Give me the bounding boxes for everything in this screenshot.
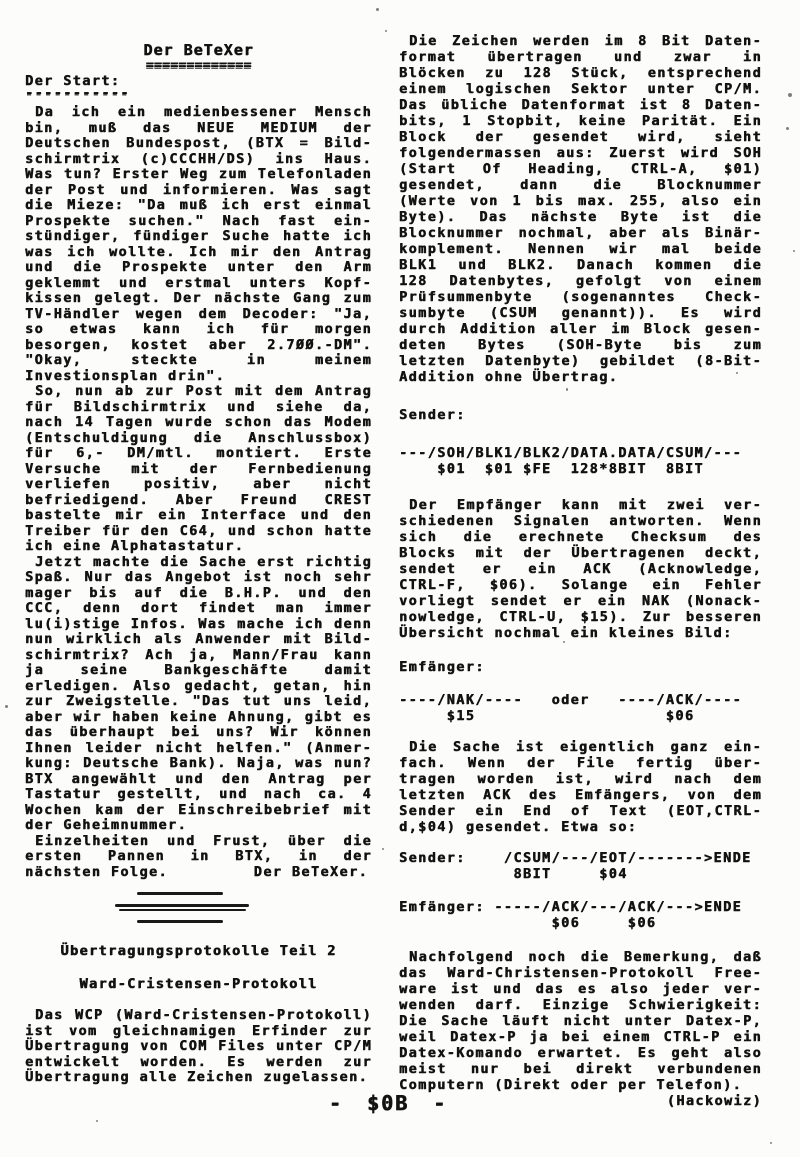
scan-speck (786, 127, 789, 130)
text-line: schirmtrix? Ach ja, Mann/Frau kann (25, 648, 372, 664)
diagram-line: Sender: /CSUM/---/EOT/------->ENDE (399, 850, 762, 866)
text-line: CTRL-F, $06). Solange ein Fehler (399, 577, 762, 593)
text-line: nun wirklich als Anwender mit Bild- (25, 632, 372, 648)
text-line: BTX angewählt und den Antrag per (25, 772, 372, 788)
scan-speck (566, 388, 568, 391)
text-line: Sender ein End of Text (EOT,CTRL- (399, 803, 762, 819)
newsletter-title: Der BeTeXer (25, 43, 372, 57)
article-freeware-remark: Nachfolgend noch die Bemerkung, daßdas W… (399, 949, 762, 1109)
eot-diagram: Sender: /CSUM/---/EOT/------->ENDE 8BIT … (399, 850, 762, 882)
text-line: Prüfsummenbyte (sogenanntes Check- (399, 289, 762, 305)
text-line: Addition ohne Übertrag. (399, 369, 762, 385)
diagram-line: $01 $01 $FE 128*8BIT 8BIT (399, 461, 762, 477)
text-line: entwickelt worden. Es werden zur (25, 1055, 372, 1071)
diagram-line: $15 $06 (399, 708, 762, 724)
title-underline: ============= (25, 60, 372, 70)
text-line: komplement. Nennen wir mal beide (399, 241, 762, 257)
text-line: Die Sache läuft nicht unter Datex-P, (399, 1013, 762, 1029)
text-line: Deutschen Bundespost, (BTX = Bild- (25, 136, 372, 152)
text-line: letzten ACK des Emfängers, von dem (399, 787, 762, 803)
text-line: schiedenen Signalen antworten. Wenn (399, 513, 762, 529)
text-line: ware ist und das es also jeder ver- (399, 981, 762, 997)
text-line: Da ich ein medienbessener Mensch (25, 105, 372, 121)
text-line: Das WCP (Ward-Cristensen-Protokoll) (25, 1008, 372, 1024)
text-line: erledigen. Also gedacht, getan, hin (25, 679, 372, 695)
article-wcp-intro: Das WCP (Ward-Cristensen-Protokoll)ist v… (25, 1008, 372, 1086)
text-line: der Geheimnummer. (25, 818, 372, 834)
text-line: ja seine Bankgeschäfte damit (25, 663, 372, 679)
left-column: Der BeTeXer ============= Der Start: ---… (25, 43, 372, 1086)
text-line: Übersicht nochmal ein kleines Bild: (399, 625, 762, 641)
text-line: das Ward-Christensen-Protokoll Free- (399, 965, 762, 981)
text-line: das überhaupt bei uns? Wir können (25, 725, 372, 741)
ack-ende-diagram: Emfänger: -----/ACK/---/ACK/--->ENDE $06… (399, 899, 762, 931)
text-line: "Okay, steckte in meinem (25, 353, 372, 369)
text-line: Versuche mit der Fernbedienung (25, 462, 372, 478)
text-line: bin, muß das NEUE MEDIUM der (25, 121, 372, 137)
text-line: weil Datex-P ja bei einem CTRL-P ein (399, 1029, 762, 1045)
text-line: BLK1 und BLK2. Danach kommen die (399, 257, 762, 273)
text-line: Übertragung alle Zeichen zugelassen. (25, 1070, 372, 1086)
text-line: Treiber für den C64, und schon hatte (25, 524, 372, 540)
article-empfaenger-signale: Der Empfänger kann mit zwei ver-schieden… (399, 497, 762, 641)
text-line: bits, 1 Stopbit, keine Parität. Ein (399, 113, 762, 129)
text-line: Ihnen leider nicht helfen." (Anmer- (25, 741, 372, 757)
text-line: d,$04) gesendet. Etwa so: (399, 819, 762, 835)
scanned-newsletter-page: Der BeTeXer ============= Der Start: ---… (0, 0, 800, 1157)
text-line: lu(i)stige Infos. Was mache ich denn (25, 617, 372, 633)
text-line: So, nun ab zur Post mit dem Antrag (25, 384, 372, 400)
text-line: so etwas kann ich für morgen (25, 322, 372, 338)
article-btx-story: Da ich ein medienbessener Menschbin, muß… (25, 105, 372, 880)
text-line: Nachfolgend noch die Bemerkung, daß (399, 949, 762, 965)
text-line: mager bis auf die B.H.P. und den (25, 586, 372, 602)
text-line: Die Sache ist eigentlich ganz ein- (399, 739, 762, 755)
sender-block-diagram: ---/SOH/BLK1/BLK2/DATA.DATA/CSUM/--- $01… (399, 445, 762, 477)
nak-ack-diagram: ----/NAK/---- oder ----/ACK/---- $15 $06 (399, 692, 762, 724)
text-line: durch Addition aller im Block gesen- (399, 321, 762, 337)
text-line: Byte). Das nächste Byte ist die (399, 209, 762, 225)
text-line: für 6,- DM/mtl. montiert. Erste (25, 446, 372, 462)
text-line: ist vom gleichnamigen Erfinder zur (25, 1024, 372, 1040)
divider-bar (119, 909, 246, 911)
text-line: 128 Datenbytes, gefolgt von einem (399, 273, 762, 289)
heading-uebertragungsprotokolle: Übertragungsprotokolle Teil 2 (25, 944, 372, 959)
text-line: was ich wollte. Ich mir den Antrag (25, 245, 372, 261)
section-divider (25, 892, 372, 932)
diagram-line: ----/NAK/---- oder ----/ACK/---- (399, 692, 762, 708)
text-line: Blocks mit der Übertragenen deckt, (399, 545, 762, 561)
scan-speck (376, 8, 379, 11)
right-column: Die Zeichen werden im 8 Bit Daten-format… (399, 33, 762, 1109)
text-line: Übertragung von COM Files unter CP/M (25, 1039, 372, 1055)
text-line: Tastatur gestellt, und nach ca. 4 (25, 787, 372, 803)
text-line: CCC, denn dort findet man immer (25, 601, 372, 617)
section-heading-underline: ----------- (25, 89, 372, 97)
text-line: besorgen, kostet aber 2.7ØØ.-DM". (25, 338, 372, 354)
text-line: Prospekte suchen." Nach fast ein- (25, 214, 372, 230)
text-line: format übertragen und zwar in (399, 49, 762, 65)
divider-bar (137, 892, 223, 895)
text-line: ich eine Alphatastatur. (25, 539, 372, 555)
text-line: sendet er ein ACK (Acknowledge, (399, 561, 762, 577)
text-line: aber wir haben keine Ahnung, gibt es (25, 710, 372, 726)
diagram-line: 8BIT $04 (399, 866, 762, 882)
text-line: (Werte von 1 bis max. 255, also ein (399, 193, 762, 209)
scan-speck (793, 250, 795, 252)
text-line: befriedigend. Aber Freund CREST (25, 493, 372, 509)
heading-ward-cristensen-protokoll: Ward-Cristensen-Protokoll (25, 977, 372, 992)
text-line: Blocknummer nochmal, aber als Binär- (399, 225, 762, 241)
text-line: wenden darf. Einzige Schwierigkeit: (399, 997, 762, 1013)
text-line: deten Bytes (SOH-Byte bis zum (399, 337, 762, 353)
text-line: Investionsplan drin". (25, 369, 372, 385)
page-number: - $0B - (0, 1091, 776, 1115)
text-line: Wochen kam der Einschreibebrief mit (25, 803, 372, 819)
article-end-of-text: Die Sache ist eigentlich ganz ein-fach. … (399, 739, 762, 835)
text-line: Block der gesendet wird, sieht (399, 129, 762, 145)
text-line: gesendet, dann die Blocknummer (399, 177, 762, 193)
scan-speck (5, 705, 8, 708)
text-line: (Entschuldigung die Anschlussbox) (25, 431, 372, 447)
text-line: Blöcken zu 128 Stück, entsprechend (399, 65, 762, 81)
text-line: die Mieze: "Da muß ich erst einmal (25, 198, 372, 214)
text-line: verliefen positiv, aber nicht (25, 477, 372, 493)
text-line: nach 14 Tagen wurde schon das Modem (25, 415, 372, 431)
text-line: Die Zeichen werden im 8 Bit Daten- (399, 33, 762, 49)
text-line: einem logischen Sektor unter CP/M. (399, 81, 762, 97)
scan-speck (96, 1120, 98, 1122)
diagram-line: $06 $06 (399, 915, 762, 931)
receiver-label: Emfänger: (399, 659, 762, 675)
text-line: kissen gelegt. Der nächste Gang zum (25, 291, 372, 307)
sender-label: Sender: (399, 407, 762, 423)
text-line: ersten Pannen in BTX, in der (25, 849, 372, 865)
text-line: nowledge, CTRL-U, $15). Zur besseren (399, 609, 762, 625)
text-line: (Start Of Heading, CTRL-A, $01) (399, 161, 762, 177)
text-line: folgendermassen aus: Zuerst wird SOH (399, 145, 762, 161)
text-line: für Bildschirmtrix und siehe da, (25, 400, 372, 416)
text-line: Spaß. Nur das Angebot ist noch sehr (25, 570, 372, 586)
text-line: Das übliche Datenformat ist 8 Daten- (399, 97, 762, 113)
diagram-line: Emfänger: -----/ACK/---/ACK/--->ENDE (399, 899, 762, 915)
scan-speck (382, 848, 384, 850)
divider-bar (137, 920, 223, 923)
text-line: stündiger, fündiger Suche hatte ich (25, 229, 372, 245)
text-line: letzten Datenbyte) gebildet (8-Bit- (399, 353, 762, 369)
text-line: meist nur bei direkt verbundenen (399, 1061, 762, 1077)
scan-speck (563, 641, 565, 643)
text-line: sumbyte (CSUM genannt)). Es wird (399, 305, 762, 321)
scan-speck (788, 93, 792, 97)
text-line: sich die erechnete Checksum des (399, 529, 762, 545)
scan-speck (736, 372, 738, 374)
text-line: Datex-Komando erwartet. Es geht also (399, 1045, 762, 1061)
scan-speck (385, 30, 387, 32)
text-line: kung: Deutsche Bank). Naja, was nun? (25, 756, 372, 772)
text-line: und die Prospekte unter den Arm (25, 260, 372, 276)
scan-speck (770, 1142, 772, 1144)
text-line: Jetzt machte die Sache erst richtig (25, 555, 372, 571)
text-line: bastelte mir ein Interface und den (25, 508, 372, 524)
text-line: Was tun? Erster Weg zum Telefonladen (25, 167, 372, 183)
text-line: tragen worden ist, wird nach dem (399, 771, 762, 787)
text-line: Einzelheiten und Frust, über die (25, 834, 372, 850)
diagram-line: ---/SOH/BLK1/BLK2/DATA.DATA/CSUM/--- (399, 445, 762, 461)
text-line: TV-Händler wegen dem Decoder: "Ja, (25, 307, 372, 323)
text-line: geklemmt und erstmal unters Kopf- (25, 276, 372, 292)
text-line: nächsten Folge. Der BeTeXer. (25, 865, 372, 881)
text-line: schirmtrix (c)CCCHH/DS) ins Haus. (25, 152, 372, 168)
text-line: der Post und informieren. Was sagt (25, 183, 372, 199)
text-line: zur Zweigstelle. "Das tut uns leid, (25, 694, 372, 710)
text-line: fach. Wenn der File fertig über- (399, 755, 762, 771)
text-line: Der Empfänger kann mit zwei ver- (399, 497, 762, 513)
article-blockformat: Die Zeichen werden im 8 Bit Daten-format… (399, 33, 762, 385)
divider-bar (115, 904, 249, 907)
text-line: vorliegt sendet er ein NAK (Nonack- (399, 593, 762, 609)
